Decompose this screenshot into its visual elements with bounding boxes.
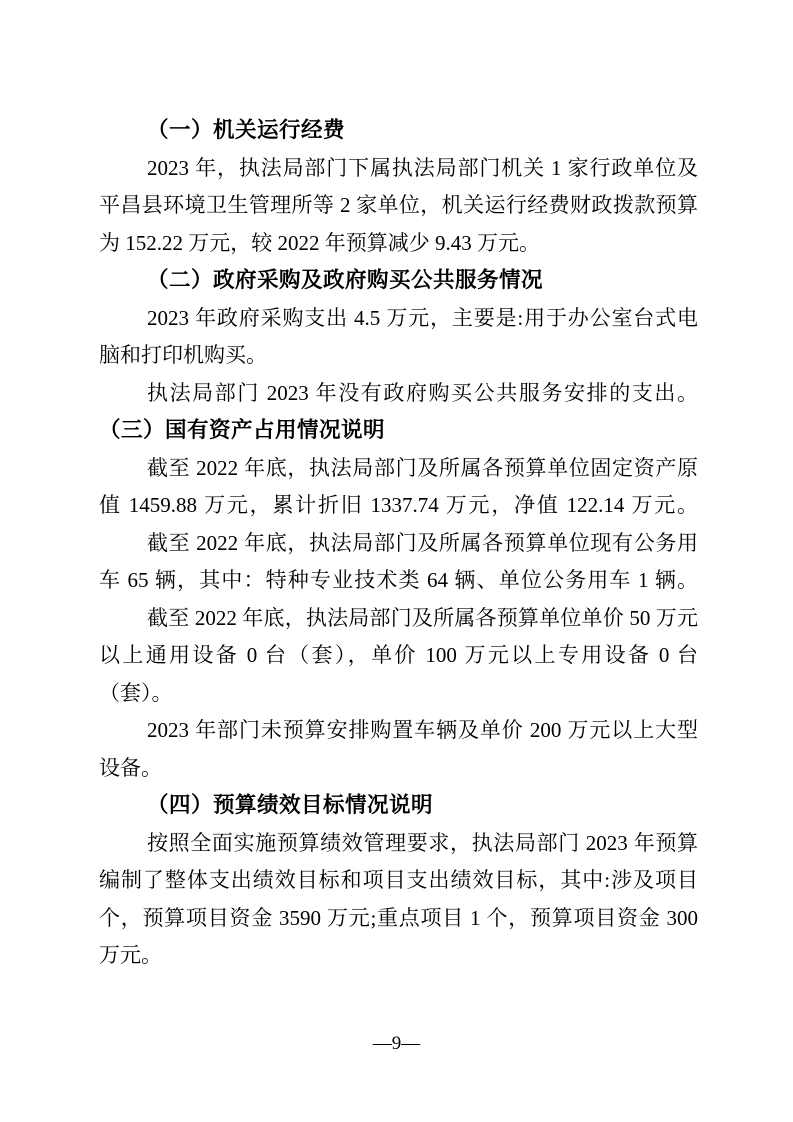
section-heading: （一）机关运行经费 — [99, 112, 698, 150]
text-line: 按照全面实施预算绩效管理要求，执法局部门 2023 年预算 — [99, 825, 698, 863]
text-line: 2023 年，执法局部门下属执法局部门机关 1 家行政单位及 — [99, 150, 698, 188]
text-line: 2023 年部门未预算安排购置车辆及单价 200 万元以上大型 — [99, 712, 698, 750]
text-line: 截至 2022 年底，执法局部门及所属各预算单位现有公务用 — [99, 525, 698, 563]
section-heading: （三）国有资产占用情况说明 — [99, 412, 698, 450]
text-line: 个，预算项目资金 3590 万元;重点项目 1 个，预算项目资金 300 — [99, 900, 698, 938]
text-line: （套）。 — [99, 675, 698, 713]
text-line: 万元。 — [99, 937, 698, 975]
text-line: 截至 2022 年底，执法局部门及所属各预算单位固定资产原 — [99, 450, 698, 488]
section-heading: （二）政府采购及政府购买公共服务情况 — [99, 262, 698, 300]
page-number: —9— — [0, 1030, 793, 1058]
document-lines: （一）机关运行经费2023 年，执法局部门下属执法局部门机关 1 家行政单位及平… — [99, 112, 698, 975]
section-heading: （四）预算绩效目标情况说明 — [99, 787, 698, 825]
text-line: 2023 年政府采购支出 4.5 万元，主要是:用于办公室台式电 — [99, 300, 698, 338]
document-page: （一）机关运行经费2023 年，执法局部门下属执法局部门机关 1 家行政单位及平… — [0, 0, 793, 1122]
text-line: 执法局部门 2023 年没有政府购买公共服务安排的支出。 — [99, 375, 698, 413]
text-line: 脑和打印机购买。 — [99, 337, 698, 375]
text-line: 设备。 — [99, 750, 698, 788]
text-line: 平昌县环境卫生管理所等 2 家单位，机关运行经费财政拨款预算 — [99, 187, 698, 225]
text-line: 值 1459.88 万元，累计折旧 1337.74 万元，净值 122.14 万… — [99, 487, 698, 525]
text-line: 编制了整体支出绩效目标和项目支出绩效目标，其中:涉及项目 — [99, 862, 698, 900]
text-line: 车 65 辆，其中：特种专业技术类 64 辆、单位公务用车 1 辆。 — [99, 562, 698, 600]
text-line: 为 152.22 万元，较 2022 年预算减少 9.43 万元。 — [99, 225, 698, 263]
text-line: 截至 2022 年底，执法局部门及所属各预算单位单价 50 万元 — [99, 600, 698, 638]
text-line: 以上通用设备 0 台（套），单价 100 万元以上专用设备 0 台 — [99, 637, 698, 675]
